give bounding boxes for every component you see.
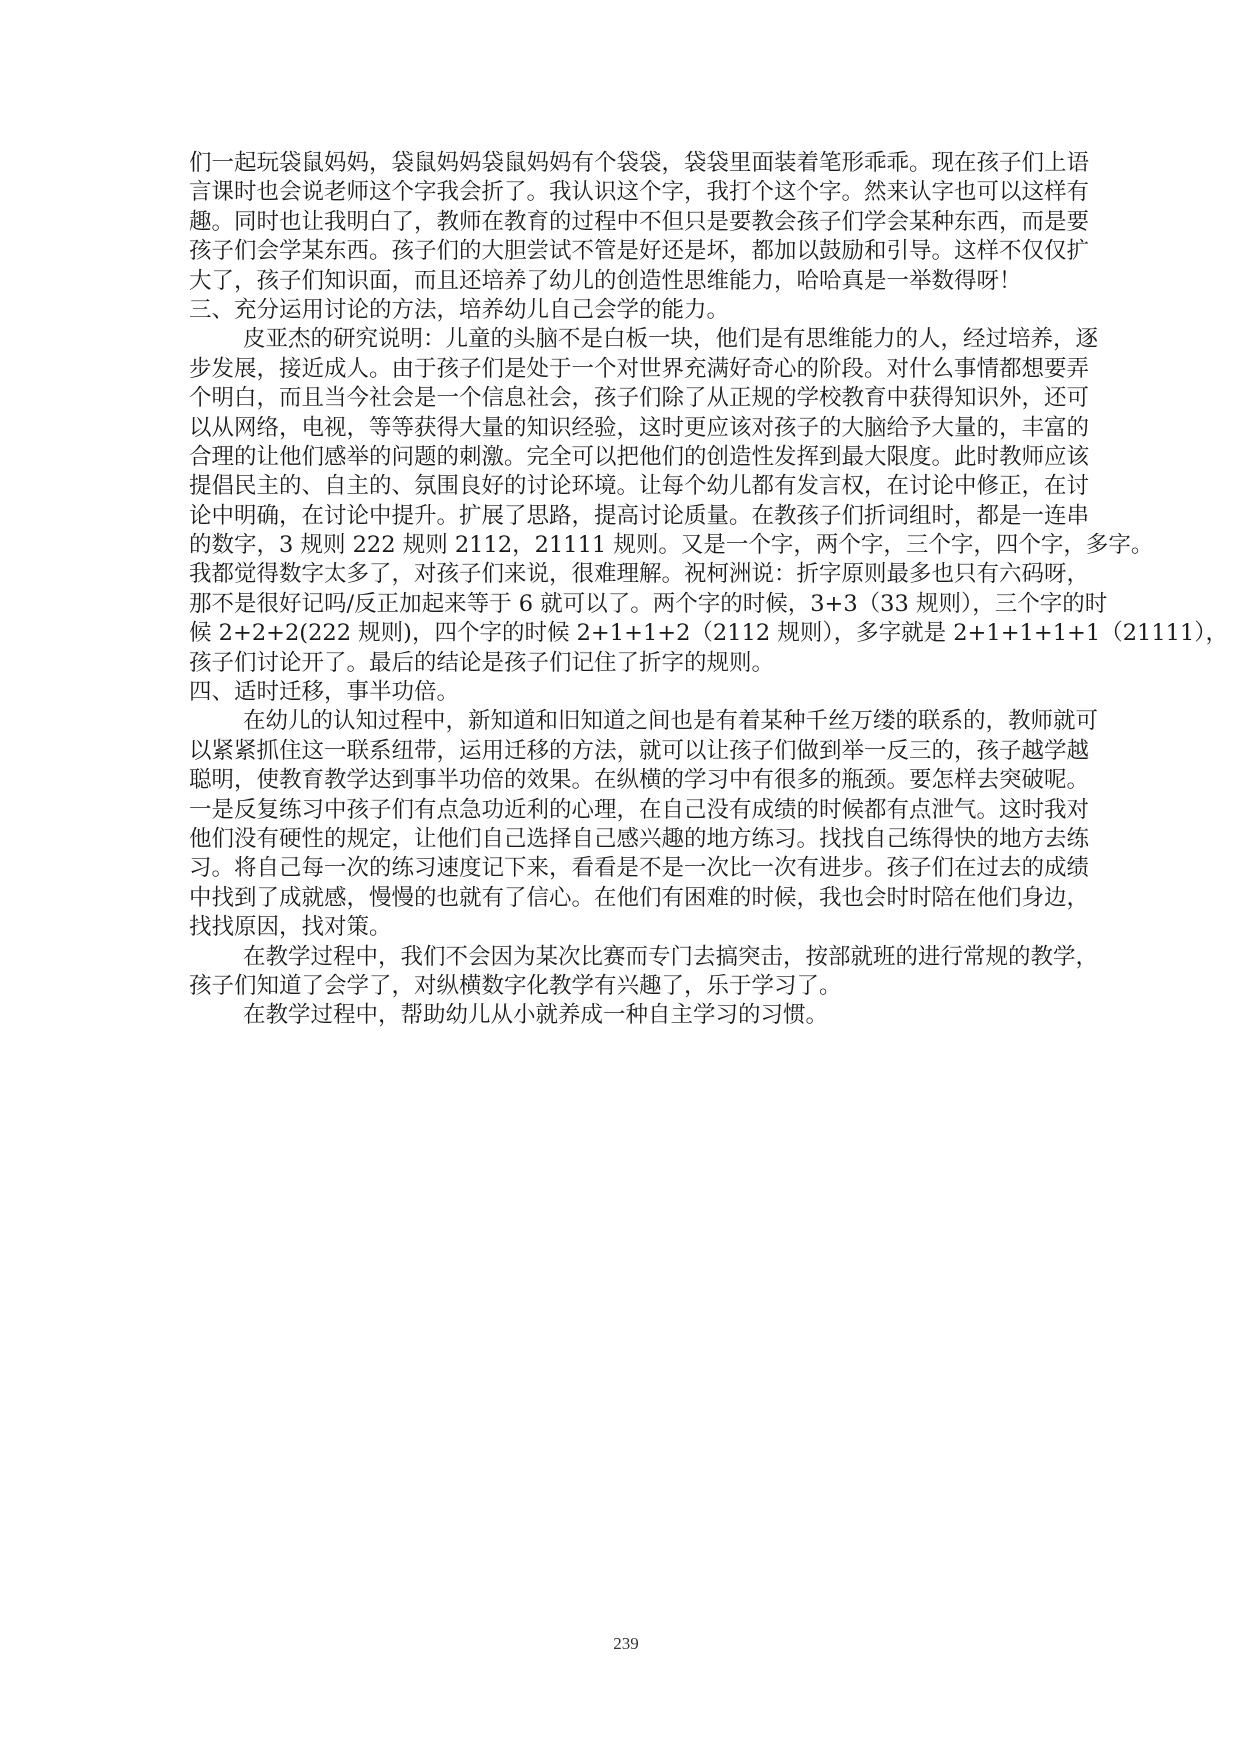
text-line: 提倡民主的、自主的、氛围良好的讨论环境。让每个幼儿都有发言权，在讨论中修正，在讨 [189, 472, 1054, 501]
page-number: 239 [0, 1634, 1246, 1654]
text-line: 的数字，3 规则 222 规则 2112，21111 规则。又是一个字，两个字，… [189, 531, 1054, 560]
text-line: 孩子们知道了会学了，对纵横数字化教学有兴趣了，乐于学习了。 [189, 972, 1054, 1001]
text-line: 候 2+2+2(222 规则)，四个字的时候 2+1+1+2（2112 规则），… [189, 619, 1054, 648]
text-line: 孩子们会学某东西。孩子们的大胆尝试不管是好还是坏，都加以鼓励和引导。这样不仅仅扩 [189, 237, 1054, 266]
paragraph-start-line: 在教学过程中，帮助幼儿从小就养成一种自主学习的习惯。 [189, 1001, 1054, 1030]
text-line: 合理的让他们感举的问题的刺激。完全可以把他们的创造性发挥到最大限度。此时教师应该 [189, 443, 1054, 472]
text-line: 聪明，使教育教学达到事半功倍的效果。在纵横的学习中有很多的瓶颈。要怎样去突破呢。 [189, 766, 1054, 795]
text-line: 步发展，接近成人。由于孩子们是处于一个对世界充满好奇心的阶段。对什么事情都想要弄 [189, 355, 1054, 384]
paragraph-start-line: 皮亚杰的研究说明：儿童的头脑不是白板一块，他们是有思维能力的人，经过培养，逐 [189, 325, 1054, 354]
paragraph-start-line: 在教学过程中，我们不会因为某次比赛而专门去搞突击，按部就班的进行常规的教学， [189, 943, 1054, 972]
text-line: 他们没有硬性的规定，让他们自己选择自己感兴趣的地方练习。找找自己练得快的地方去练 [189, 825, 1054, 854]
text-line: 习。将自己每一次的练习速度记下来，看看是不是一次比一次有进步。孩子们在过去的成绩 [189, 854, 1054, 883]
paragraph-start-line: 在幼儿的认知过程中，新知道和旧知道之间也是有着某种千丝万缕的联系的，教师就可 [189, 707, 1054, 736]
text-line: 一是反复练习中孩子们有点急功近利的心理，在自己没有成绩的时候都有点泄气。这时我对 [189, 796, 1054, 825]
text-line: 以从网络，电视，等等获得大量的知识经验，这时更应该对孩子的大脑给予大量的，丰富的 [189, 414, 1054, 443]
text-line: 趣。同时也让我明白了，教师在教育的过程中不但只是要教会孩子们学会某种东西，而是要 [189, 208, 1054, 237]
text-line: 言课时也会说老师这个字我会折了。我认识这个字，我打个这个字。然来认字也可以这样有 [189, 178, 1054, 207]
text-line: 大了，孩子们知识面，而且还培养了幼儿的创造性思维能力，哈哈真是一举数得呀！ [189, 267, 1054, 296]
text-line: 孩子们讨论开了。最后的结论是孩子们记住了折字的规则。 [189, 649, 1054, 678]
text-line: 中找到了成就感，慢慢的也就有了信心。在他们有困难的时候，我也会时时陪在他们身边， [189, 884, 1054, 913]
body-text: 们一起玩袋鼠妈妈，袋鼠妈妈袋鼠妈妈有个袋袋，袋袋里面装着笔形乖乖。现在孩子们上语… [189, 149, 1054, 1031]
text-line: 以紧紧抓住这一联系纽带，运用迁移的方法，就可以让孩子们做到举一反三的，孩子越学越 [189, 737, 1054, 766]
text-line: 个明白，而且当今社会是一个信息社会，孩子们除了从正规的学校教育中获得知识外，还可 [189, 384, 1054, 413]
section-heading-3: 三、充分运用讨论的方法，培养幼儿自己会学的能力。 [189, 296, 1054, 325]
section-heading-4: 四、适时迁移，事半功倍。 [189, 678, 1054, 707]
text-line: 找找原因，找对策。 [189, 913, 1054, 942]
text-line: 那不是很好记吗/反正加起来等于 6 就可以了。两个字的时候，3+3（33 规则）… [189, 590, 1054, 619]
document-page: 们一起玩袋鼠妈妈，袋鼠妈妈袋鼠妈妈有个袋袋，袋袋里面装着笔形乖乖。现在孩子们上语… [0, 0, 1246, 1763]
text-line: 们一起玩袋鼠妈妈，袋鼠妈妈袋鼠妈妈有个袋袋，袋袋里面装着笔形乖乖。现在孩子们上语 [189, 149, 1054, 178]
text-line: 我都觉得数字太多了，对孩子们来说，很难理解。祝柯洲说：折字原则最多也只有六码呀， [189, 560, 1054, 589]
text-line: 论中明确，在讨论中提升。扩展了思路，提高讨论质量。在教孩子们折词组时，都是一连串 [189, 502, 1054, 531]
